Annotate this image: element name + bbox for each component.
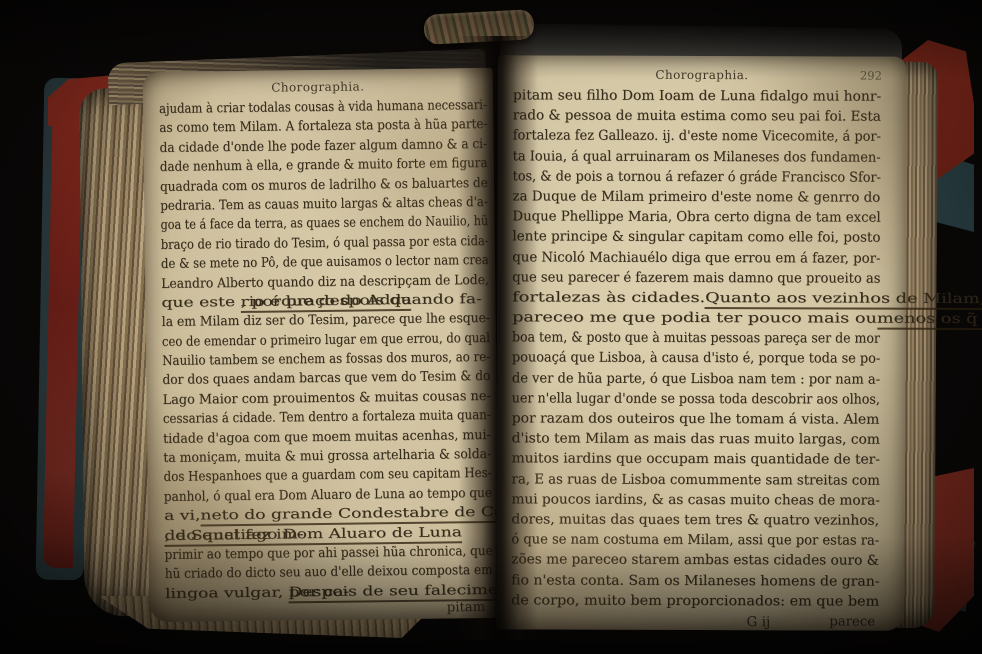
- text-line: que seu parecer é fazerem mais damno que…: [512, 269, 880, 290]
- text-line: zões me pareceo starem ambas estas cidad…: [511, 552, 879, 573]
- left-page-text-block: ajudam à criar todalas cousas à vida hum…: [159, 98, 493, 606]
- text-line: pitam seu filho Dom Ioam de Luna fidalgo…: [513, 87, 881, 108]
- text-line: fortalezas às cidades. Quanto aos vezinh…: [512, 289, 880, 310]
- text-line: que Nicoló Machiauélo diga que errou em …: [512, 249, 880, 270]
- text-line: muitos iardins que occupam mais quantida…: [512, 451, 880, 472]
- text-line: lingoa vulgar, Despois de seu faleciment…: [165, 583, 493, 606]
- catchword-left: pitam: [447, 600, 486, 615]
- folio-number: 292: [860, 69, 882, 83]
- text-line: tos, & de pois a tornou á refazer ó grád…: [513, 168, 881, 189]
- text-line: pareceo me que podia ter pouco mais ou m…: [512, 309, 880, 330]
- text-line: uer n'ella lugar d'onde se possa toda de…: [512, 390, 880, 411]
- text-line: za Duque de Milam primeiro d'este nome &…: [512, 188, 880, 209]
- text-line: rado & pessoa de muita estima como seu p…: [513, 108, 881, 129]
- text-line: de corpo, muito bem proporcionados: em q…: [511, 592, 879, 613]
- text-line: boa tem, & posto que à muitas pessoas pa…: [512, 330, 880, 351]
- text-line: de ver de hũa parte, ó que Lisboa nam te…: [512, 370, 880, 391]
- text-line: fortaleza fez Galleazo. ij. d'este nome …: [513, 128, 881, 149]
- text-line: ta Iouia, á qual arruinaram os Milaneses…: [513, 148, 881, 169]
- text-line: dores, muitas das quaes tem tres & quatr…: [511, 511, 879, 532]
- text-line: por razam dos outeiros que lhe tomam á v…: [512, 410, 880, 431]
- text-line: ó que se nam costuma em Milam, assi que …: [511, 531, 879, 552]
- text-line: mui poucos iardins, & as casas muito che…: [511, 491, 879, 512]
- text-line: pouoaçá que Lisboa, à causa d'isto é, po…: [512, 350, 880, 371]
- signature-row: G ij parece: [511, 613, 879, 634]
- text-line: fio n'esta conta. Sam os Milaneses homen…: [511, 572, 879, 593]
- text-line: d'isto tem Milam as mais das ruas muito …: [512, 431, 880, 452]
- text-line: Duque Phellippe Maria, Obra certo digna …: [512, 208, 880, 229]
- right-page-text-block: pitam seu filho Dom Ioam de Luna fidalgo…: [511, 87, 881, 613]
- running-head-left: Chorographia.: [143, 78, 493, 96]
- spine-headband: [423, 9, 534, 45]
- running-head-right: Chorographia.: [498, 67, 906, 82]
- left-page: Chorographia. ajudam à criar todalas cou…: [143, 68, 500, 622]
- text-line: ra, E as ruas de Lisboa comummente sam s…: [511, 471, 879, 492]
- catchword-right: parece: [829, 614, 875, 629]
- right-page: Chorographia. 292 pitam seu filho Dom Io…: [496, 55, 906, 630]
- open-book-photo: Chorographia. ajudam à criar todalas cou…: [0, 0, 982, 654]
- text-line: lente principe & singular capitam como e…: [512, 229, 880, 250]
- gathering-signature: G ij: [747, 614, 771, 630]
